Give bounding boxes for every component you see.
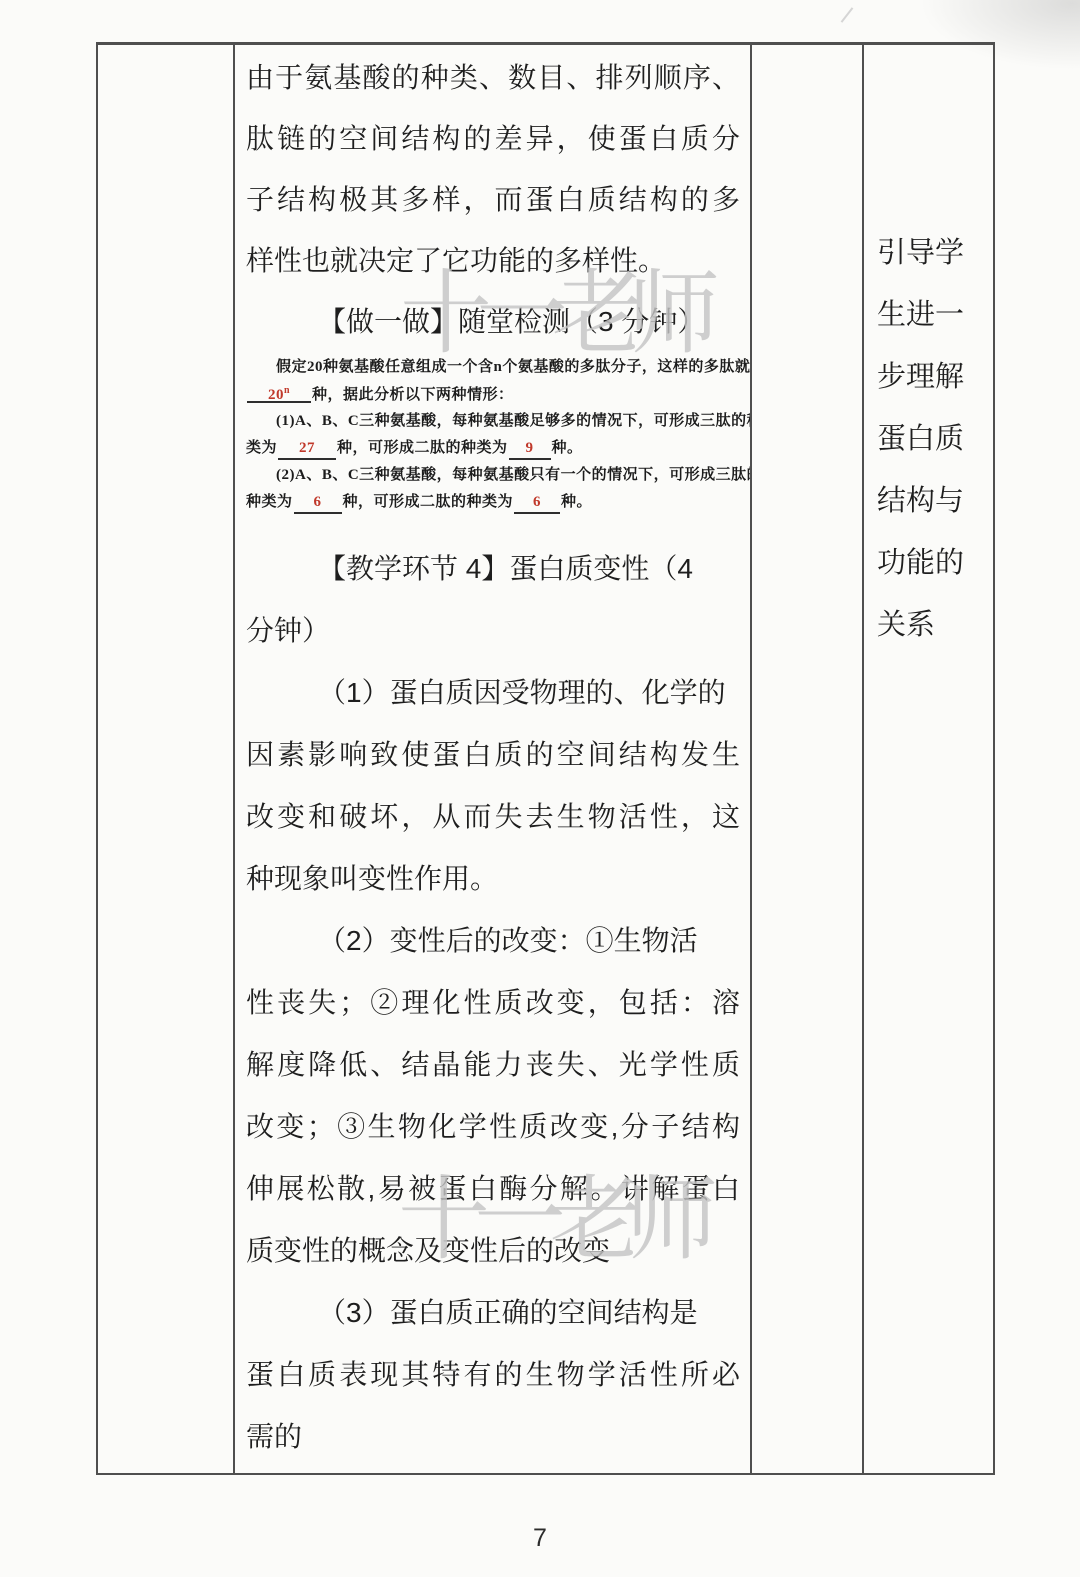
text-line: 蛋白质表现其特有的生物学活性所必 xyxy=(246,1344,740,1406)
right-text-line: 功能的 xyxy=(877,532,993,594)
quiz-line: 20n种，据此分析以下两种情形： xyxy=(246,381,740,408)
answer-blank: 27 xyxy=(278,438,336,460)
table-cell-main: 由于氨基酸的种类、数目、排列顺序、肽链的空间结构的差异，使蛋白质分子结构极其多样… xyxy=(235,45,752,1473)
text-line: 样性也就决定了它功能的多样性。 xyxy=(246,230,740,291)
quiz-line: 类为27种，可形成二肽的种类为9种。 xyxy=(246,435,740,462)
answer-value: 20n xyxy=(268,387,290,403)
text-line: （3）蛋白质正确的空间结构是 xyxy=(246,1282,740,1344)
quiz-text: 假定20种氨基酸任意组成一个含n个氨基酸的多肽分子，这样的多肽就将有 xyxy=(276,359,752,375)
answer-blank: 6 xyxy=(514,492,560,514)
text-line: 由于氨基酸的种类、数目、排列顺序、 xyxy=(246,47,740,108)
answer-value: 27 xyxy=(299,440,315,456)
text-line: 分钟） xyxy=(246,600,740,662)
paragraph-block-top: 由于氨基酸的种类、数目、排列顺序、肽链的空间结构的差异，使蛋白质分子结构极其多样… xyxy=(246,47,740,352)
table-cell-teaching-intent: 引导学生进一步理解蛋白质结构与功能的关系 xyxy=(864,45,993,1473)
text-line: 改变和破坏，从而失去生物活性，这 xyxy=(246,786,740,848)
quiz-text: (2)A、B、C三种氨基酸，每种氨基酸只有一个的情况下，可形成三肽的 xyxy=(276,467,752,483)
table-cell-empty-left xyxy=(98,45,235,1473)
right-text-line: 生进一 xyxy=(877,284,993,346)
quiz-text: 种类为 xyxy=(246,494,293,510)
right-text-line: 结构与 xyxy=(877,470,993,532)
quiz-text: 类为 xyxy=(246,440,277,456)
text-line: 性丧失；②理化性质改变，包括：溶 xyxy=(246,972,740,1034)
quiz-line: 假定20种氨基酸任意组成一个含n个氨基酸的多肽分子，这样的多肽就将有 xyxy=(246,354,740,381)
quiz-line: (2)A、B、C三种氨基酸，每种氨基酸只有一个的情况下，可形成三肽的 xyxy=(246,462,740,489)
answer-value: 6 xyxy=(533,494,541,510)
answer-blank: 20n xyxy=(247,381,311,403)
right-text-line: 步理解 xyxy=(877,346,993,408)
answer-value: 6 xyxy=(314,494,322,510)
right-text-line: 引导学 xyxy=(877,222,993,284)
text-line: 肽链的空间结构的差异，使蛋白质分 xyxy=(246,108,740,169)
table-cell-empty-middle xyxy=(752,45,864,1473)
text-line: 【教学环节 4】蛋白质变性（4 xyxy=(246,538,740,600)
quiz-line: 种类为6种，可形成二肽的种类为6种。 xyxy=(246,489,740,516)
paragraph-block-bottom: 【教学环节 4】蛋白质变性（4分钟）（1）蛋白质因受物理的、化学的因素影响致使蛋… xyxy=(246,538,740,1468)
text-line: （1）蛋白质因受物理的、化学的 xyxy=(246,662,740,724)
page-number: 7 xyxy=(0,1524,1080,1553)
text-line: 解度降低、结晶能力丧失、光学性质 xyxy=(246,1034,740,1096)
text-line: 质变性的概念及变性后的改变 xyxy=(246,1220,740,1282)
text-line: 改变；③生物化学性质改变,分子结构 xyxy=(246,1096,740,1158)
answer-value: 9 xyxy=(526,440,534,456)
text-line: 因素影响致使蛋白质的空间结构发生 xyxy=(246,724,740,786)
quiz-text: (1)A、B、C三种氨基酸，每种氨基酸足够多的情况下，可形成三肽的种 xyxy=(276,413,752,429)
pen-mark xyxy=(841,7,854,22)
document-page: 由于氨基酸的种类、数目、排列顺序、肽链的空间结构的差异，使蛋白质分子结构极其多样… xyxy=(0,0,1080,1577)
answer-blank: 9 xyxy=(509,438,551,460)
text-line: （2）变性后的改变：①生物活 xyxy=(246,910,740,972)
lesson-plan-table: 由于氨基酸的种类、数目、排列顺序、肽链的空间结构的差异，使蛋白质分子结构极其多样… xyxy=(96,42,995,1475)
text-line: 伸展松散,易被蛋白酶分解。讲解蛋白 xyxy=(246,1158,740,1220)
quiz-text: 种，可形成二肽的种类为 xyxy=(343,494,514,510)
text-line: 【做一做】随堂检测（3 分钟） xyxy=(246,291,740,352)
quiz-text: 种，据此分析以下两种情形： xyxy=(312,387,514,403)
text-line: 种现象叫变性作用。 xyxy=(246,848,740,910)
quiz-text: 种，可形成二肽的种类为 xyxy=(337,440,508,456)
right-text-line: 关系 xyxy=(877,594,993,656)
quiz-line: (1)A、B、C三种氨基酸，每种氨基酸足够多的情况下，可形成三肽的种 xyxy=(246,408,740,435)
quiz-text: 种。 xyxy=(552,440,583,456)
quiz-block: 假定20种氨基酸任意组成一个含n个氨基酸的多肽分子，这样的多肽就将有20n种，据… xyxy=(246,354,740,516)
answer-blank: 6 xyxy=(294,492,342,514)
quiz-text: 种。 xyxy=(561,494,592,510)
right-text-line: 蛋白质 xyxy=(877,408,993,470)
text-line: 需的 xyxy=(246,1406,740,1468)
text-line: 子结构极其多样，而蛋白质结构的多 xyxy=(246,169,740,230)
